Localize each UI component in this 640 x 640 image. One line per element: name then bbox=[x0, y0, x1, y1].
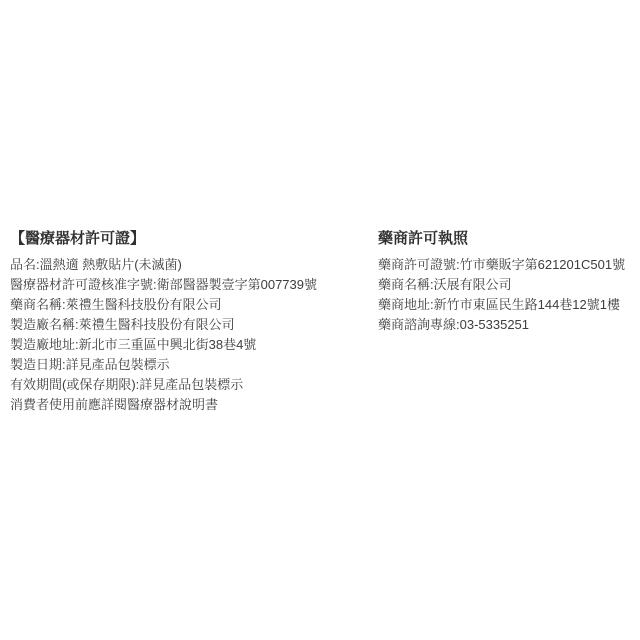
manufacture-date-line: 製造日期:詳見產品包裝標示 bbox=[10, 355, 372, 375]
consumer-notice-line: 消費者使用前應詳閱醫療器材說明書 bbox=[10, 395, 372, 415]
device-license-number-line: 醫療器材許可證核准字號:衛部醫器製壹字第007739號 bbox=[10, 275, 372, 295]
manufacturer-address-line: 製造廠地址:新北市三重區中興北街38巷4號 bbox=[10, 335, 372, 355]
pharmacy-license-title: 藥商許可執照 bbox=[378, 229, 636, 249]
pharmacy-name-line: 藥商名稱:沃展有限公司 bbox=[378, 275, 636, 295]
manufacturer-name-line: 製造廠名稱:萊禮生醫科技股份有限公司 bbox=[10, 315, 372, 335]
medical-device-license-section: 【醫療器材許可證】 品名:溫熱適 熱敷貼片(未滅菌) 醫療器材許可證核准字號:衛… bbox=[10, 229, 372, 415]
product-name-line: 品名:溫熱適 熱敷貼片(未滅菌) bbox=[10, 255, 372, 275]
pharmacy-license-number-line: 藥商許可證號:竹市藥販字第621201C501號 bbox=[378, 255, 636, 275]
pharmacy-address-line: 藥商地址:新竹市東區民生路144巷12號1樓 bbox=[378, 295, 636, 315]
expiry-period-line: 有效期間(或保存期限):詳見產品包裝標示 bbox=[10, 375, 372, 395]
vendor-name-line: 藥商名稱:萊禮生醫科技股份有限公司 bbox=[10, 295, 372, 315]
pharmacy-license-section: 藥商許可執照 藥商許可證號:竹市藥販字第621201C501號 藥商名稱:沃展有… bbox=[378, 229, 636, 335]
pharmacy-hotline-line: 藥商諮詢專線:03-5335251 bbox=[378, 315, 636, 335]
medical-device-license-title: 【醫療器材許可證】 bbox=[10, 229, 372, 249]
